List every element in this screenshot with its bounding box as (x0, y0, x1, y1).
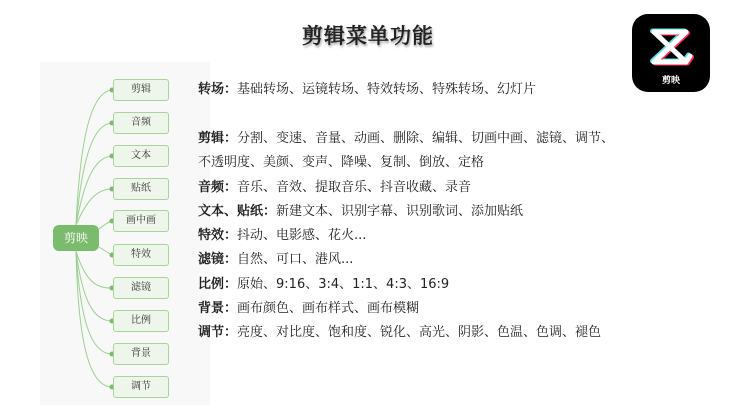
feature-audio: 音频：音乐、音效、提取音乐、抖音收藏、录音 (198, 176, 471, 195)
feature-filter: 滤镜：自然、可口、港风... (198, 248, 353, 267)
capcut-logo-icon: 剪映 (632, 14, 710, 92)
mindmap-node-text: 文本 (113, 145, 169, 167)
mindmap-root: 剪映 (53, 225, 99, 251)
mindmap-panel: 剪映 剪辑 音频 文本 贴纸 画中画 特效 滤镜 比例 背景 调节 (40, 62, 210, 405)
feature-cut: 剪辑：分割、变速、音量、动画、删除、编辑、切画中画、滤镜、调节、 (198, 127, 614, 146)
mindmap-node-audio: 音频 (113, 112, 169, 134)
mindmap-node-pip: 画中画 (113, 210, 169, 232)
mindmap-node-effects: 特效 (113, 244, 169, 266)
feature-ratio: 比例：原始、9:16、3:4、1:1、4:3、16:9 (198, 273, 449, 292)
mindmap-node-adjust: 调节 (113, 376, 169, 398)
feature-background: 背景：画布颜色、画布样式、画布模糊 (198, 297, 419, 316)
logo-label: 剪映 (632, 73, 710, 86)
feature-adjust: 调节：亮度、对比度、饱和度、锐化、高光、阴影、色温、色调、褪色 (198, 321, 601, 340)
page-title: 剪辑菜单功能 (0, 20, 736, 50)
mindmap-node-filter: 滤镜 (113, 277, 169, 299)
feature-effects: 特效：抖动、电影感、花火... (198, 224, 366, 243)
mindmap-node-ratio: 比例 (113, 310, 169, 332)
feature-transition: 转场：基础转场、运镜转场、特效转场、特殊转场、幻灯片 (198, 78, 536, 97)
mindmap-node-sticker: 贴纸 (113, 178, 169, 200)
mindmap-node-cut: 剪辑 (113, 79, 169, 101)
feature-cut-cont: 不透明度、美颜、变声、降噪、复制、倒放、定格 (198, 151, 484, 170)
mindmap-node-background: 背景 (113, 343, 169, 365)
feature-text-sticker: 文本、贴纸：新建文本、识别字幕、识别歌词、添加贴纸 (198, 200, 523, 219)
